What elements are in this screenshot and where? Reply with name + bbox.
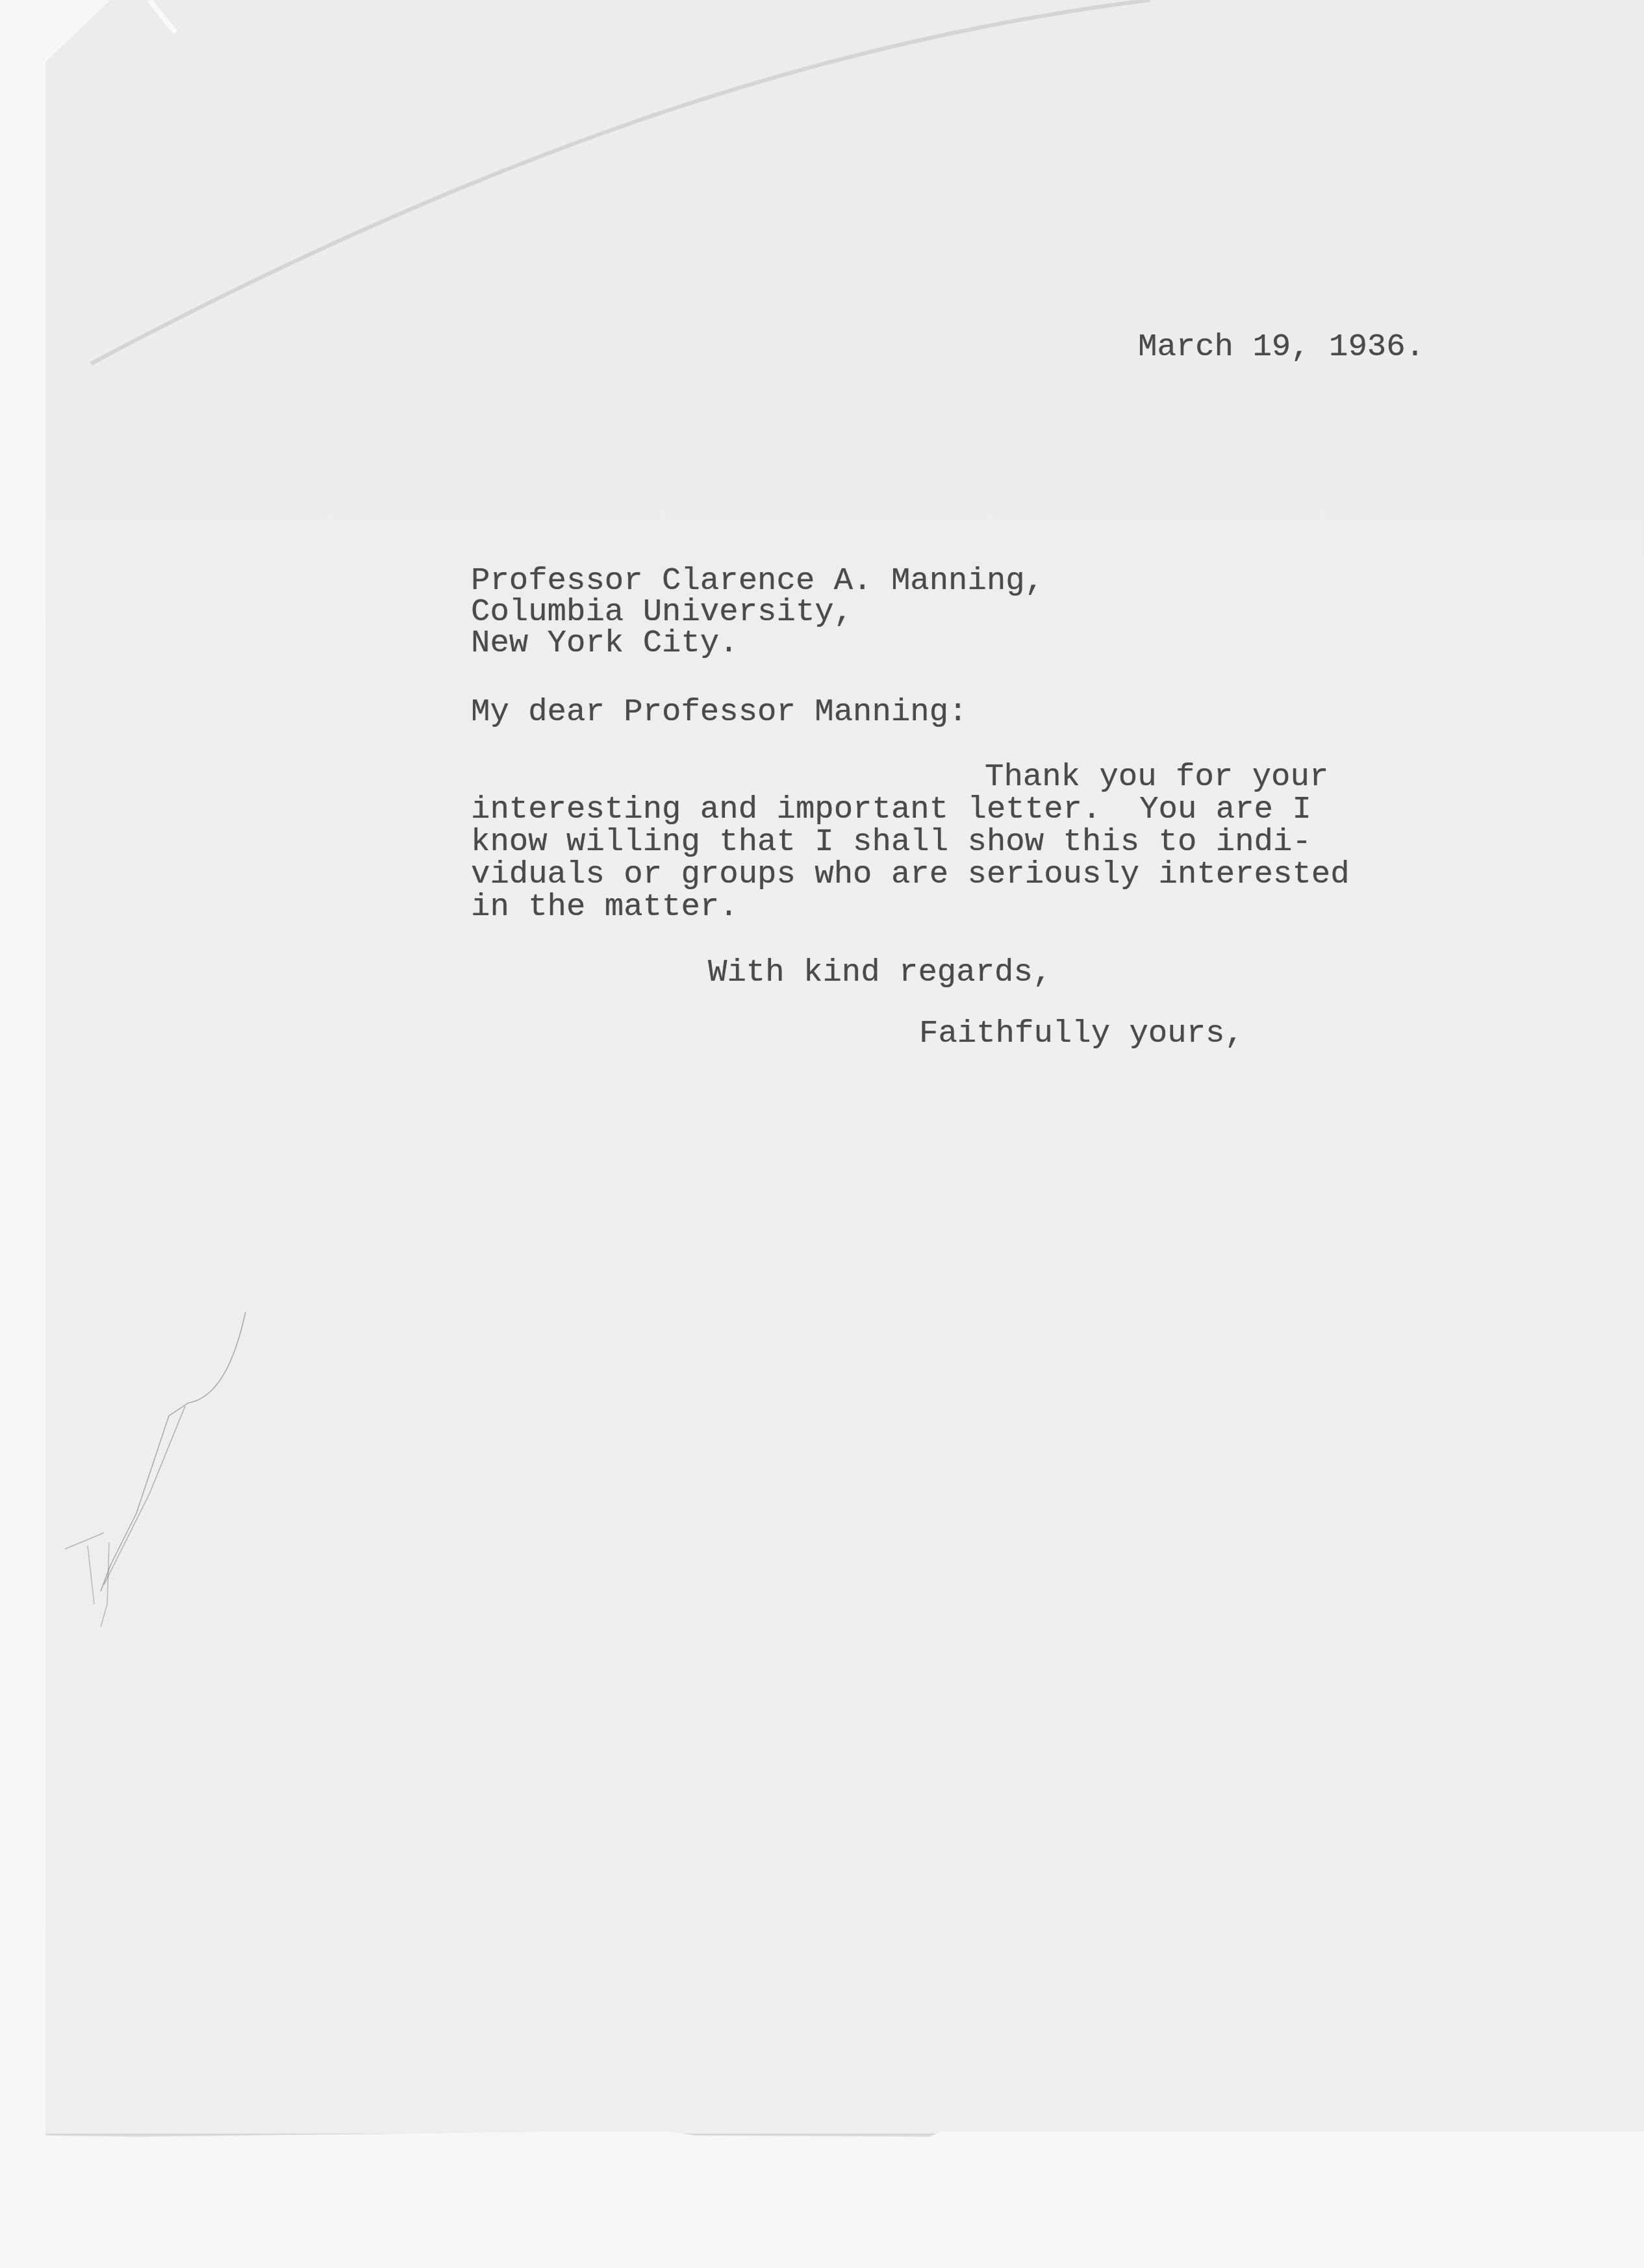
body-line: in the matter. — [471, 890, 1350, 923]
recipient-address: Professor Clarence A. Manning,Columbia U… — [471, 565, 1044, 659]
signoff: Faithfully yours, — [919, 1018, 1244, 1050]
letter-paper — [45, 0, 1644, 2134]
body-line: know willing that I shall show this to i… — [471, 825, 1350, 858]
recipient-institution: Columbia University, — [471, 596, 1044, 627]
body-line: interesting and important letter. You ar… — [471, 793, 1350, 825]
body-first-line: Thank you for your — [985, 761, 1328, 793]
body-paragraph: interesting and important letter. You ar… — [471, 793, 1350, 923]
salutation: My dear Professor Manning: — [471, 696, 968, 728]
closing-regards: With kind regards, — [708, 957, 1052, 989]
recipient-city: New York City. — [471, 627, 1044, 659]
recipient-name: Professor Clarence A. Manning, — [471, 565, 1044, 596]
body-line: viduals or groups who are seriously inte… — [471, 858, 1350, 890]
letter-date: March 19, 1936. — [1138, 331, 1424, 363]
